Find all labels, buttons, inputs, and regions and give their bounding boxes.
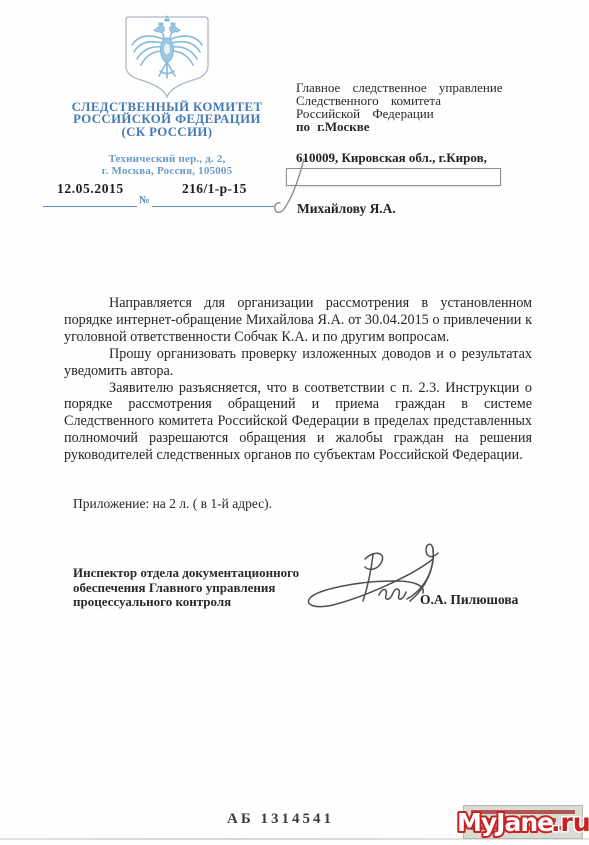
watermark-logo: MyJane .ru [455,796,589,844]
org-address: Технический пер., д. 2, г. Москва, Росси… [55,153,279,177]
body-paragraph-2: Прошу организовать проверку изложенных д… [64,346,532,380]
letter-date: 12.05.2015 [57,181,124,197]
watermark-site-tld: .ru [551,808,589,837]
org-address-line2: г. Москва, Россия, 105005 [55,165,279,177]
blank-form-number: АБ 1314541 [227,811,334,828]
recipient-block: Главное следственное управление Следстве… [296,81,548,133]
scanned-letter-page: СЛЕДСТВЕННЫЙ КОМИТЕТ РОССИЙСКОЙ ФЕДЕРАЦИ… [0,0,589,845]
body-paragraph-3: Заявителю разъясняется, что в соответств… [64,380,532,465]
number-underline [152,206,274,207]
attachment-line: Приложение: на 2 л. ( в 1-й адрес). [73,496,272,512]
body-paragraph-1: Направляется для организации рассмотрени… [64,295,532,346]
recipient-address: 610009, Кировская обл., г.Киров, [296,150,487,166]
signer-name: О.А. Пилюшова [420,592,518,608]
document-number: 216/1-р-15 [182,181,247,197]
org-name-line2: РОССИЙСКОЙ ФЕДЕРАЦИИ [55,113,279,125]
letterhead: СЛЕДСТВЕННЫЙ КОМИТЕТ РОССИЙСКОЙ ФЕДЕРАЦИ… [55,12,279,177]
watermark-site-name: MyJane [457,808,553,837]
date-underline [43,206,137,207]
redacted-address-box [286,168,501,186]
org-name-line3: (СК РОССИИ) [55,126,279,138]
date-and-number-row: 12.05.2015 № 216/1-р-15 [40,181,280,211]
double-headed-eagle-emblem-icon [119,14,215,98]
site-watermark: MyJane .ru [455,796,589,844]
recipient-org-line4: по г.Москве [296,120,548,133]
number-sign: № [139,195,150,206]
handwritten-signature [295,537,470,632]
letter-body: Направляется для организации рассмотрени… [64,295,532,464]
addressee-name: Михайлову Я.А. [297,201,396,217]
org-address-line1: Технический пер., д. 2, [55,153,279,165]
